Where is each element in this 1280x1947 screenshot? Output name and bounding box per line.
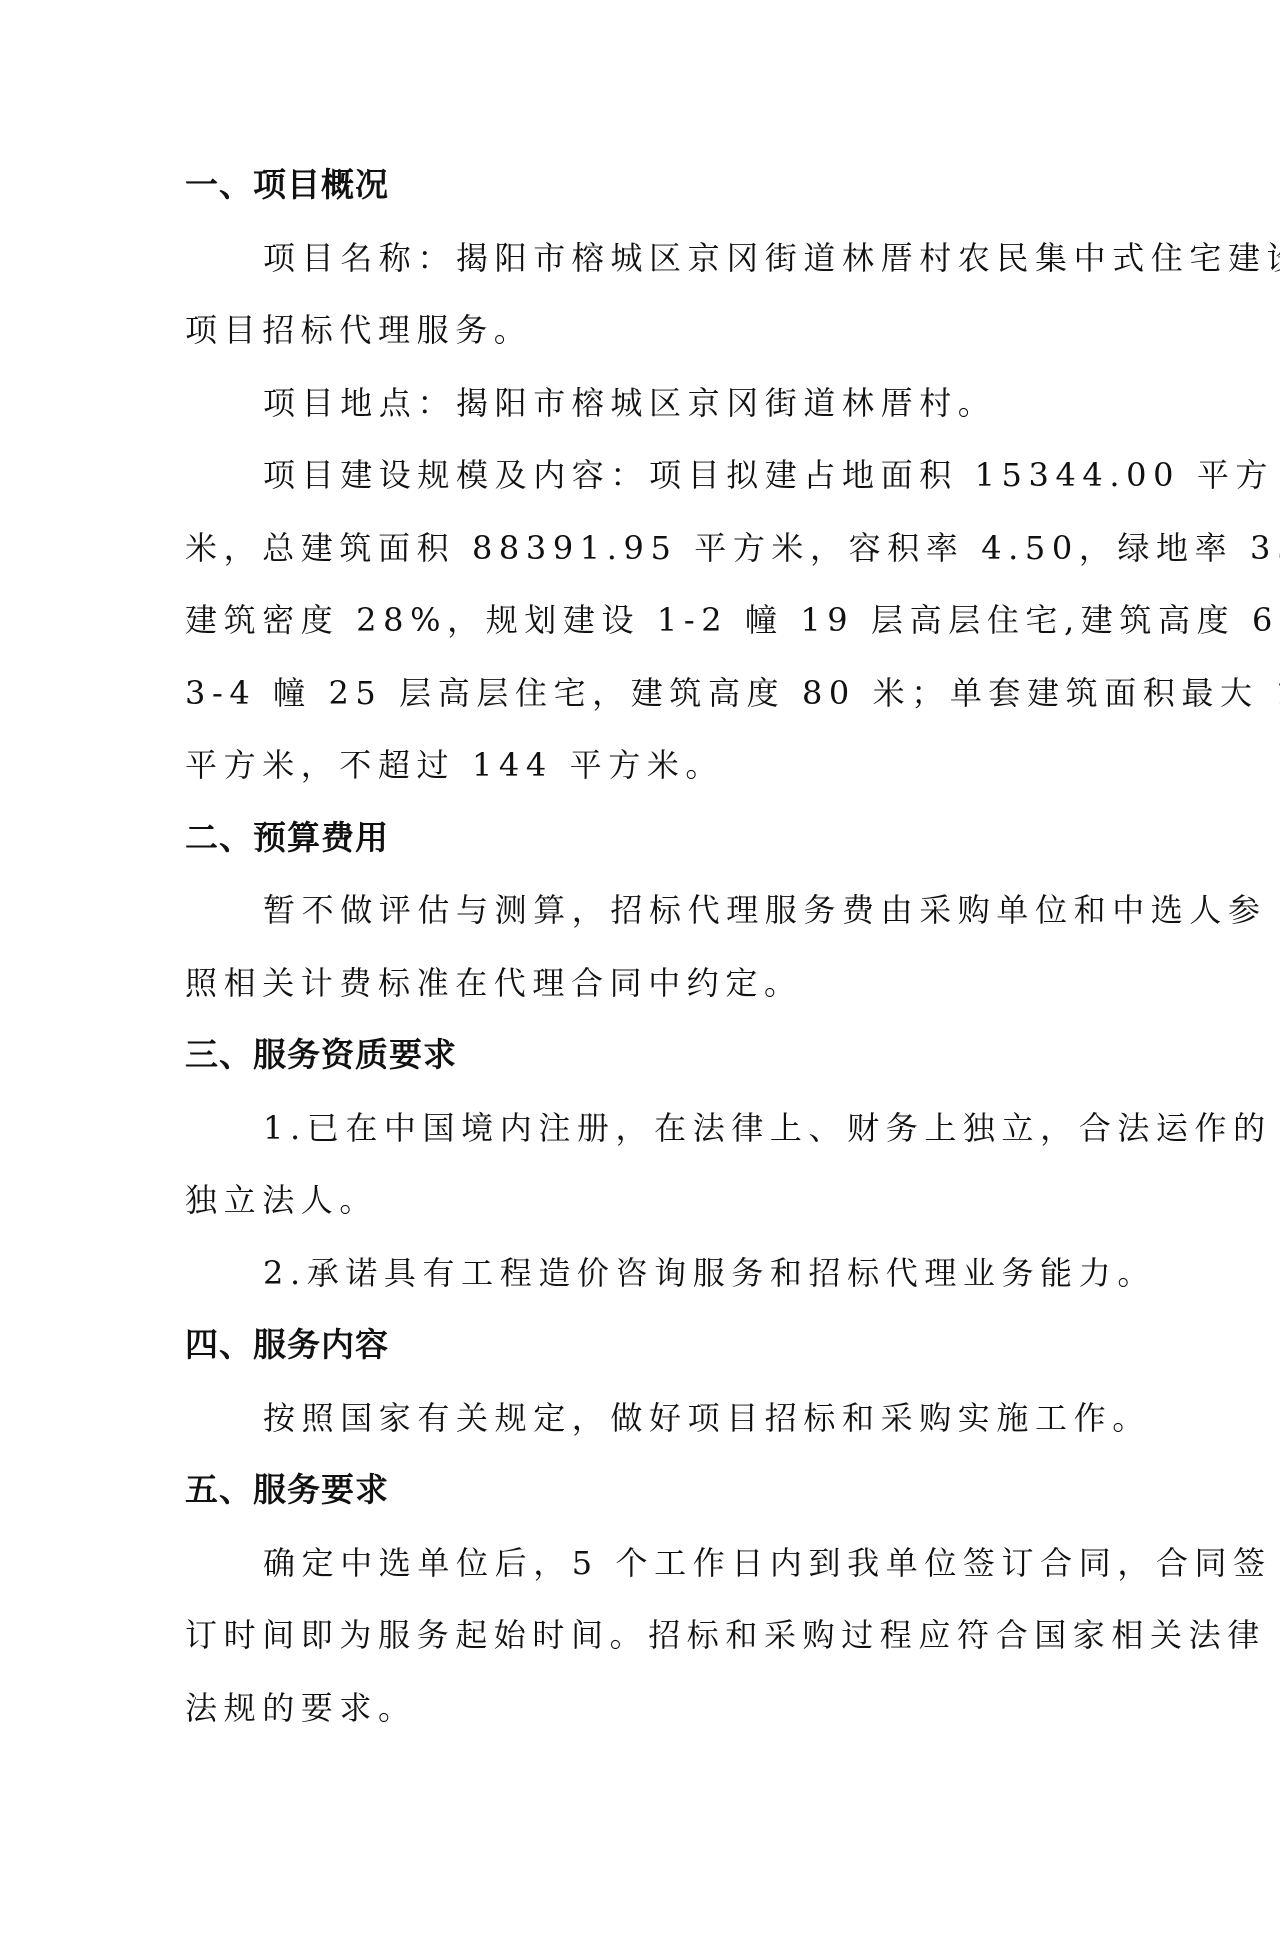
- text-line: 项目招标代理服务。: [185, 294, 1145, 367]
- section-budget: 二、预算费用 暂不做评估与测算，招标代理服务费由采购单位和中选人参 照相关计费标…: [185, 802, 1145, 1020]
- paragraph-project-name: 项目名称：揭阳市榕城区京冈街道林厝村农民集中式住宅建设 项目招标代理服务。: [185, 222, 1145, 367]
- paragraph-service-content: 按照国家有关规定，做好项目招标和采购实施工作。: [185, 1382, 1145, 1455]
- text-line: 项目地点：揭阳市榕城区京冈街道林厝村。: [185, 367, 1145, 440]
- paragraph-service-requirements: 确定中选单位后，5 个工作日内到我单位签订合同，合同签 订时间即为服务起始时间。…: [185, 1527, 1145, 1745]
- section-project-overview: 一、项目概况 项目名称：揭阳市榕城区京冈街道林厝村农民集中式住宅建设 项目招标代…: [185, 149, 1145, 802]
- section-heading: 三、服务资质要求: [185, 1019, 1145, 1092]
- text-line: 米，总建筑面积 88391.95 平方米，容积率 4.50，绿地率 35%，: [185, 512, 1145, 585]
- section-heading: 四、服务内容: [185, 1309, 1145, 1382]
- text-line: 平方米，不超过 144 平方米。: [185, 729, 1145, 802]
- document-page: 一、项目概况 项目名称：揭阳市榕城区京冈街道林厝村农民集中式住宅建设 项目招标代…: [185, 149, 1145, 1744]
- text-line: 建筑密度 28%，规划建设 1-2 幢 19 层高层住宅,建筑高度 62 米，: [185, 584, 1145, 657]
- text-line: 项目名称：揭阳市榕城区京冈街道林厝村农民集中式住宅建设: [185, 222, 1145, 295]
- text-line: 1.已在中国境内注册，在法律上、财务上独立，合法运作的: [185, 1092, 1145, 1165]
- section-heading: 二、预算费用: [185, 802, 1145, 875]
- text-line: 按照国家有关规定，做好项目招标和采购实施工作。: [185, 1382, 1145, 1455]
- paragraph-qualification-2: 2.承诺具有工程造价咨询服务和招标代理业务能力。: [185, 1237, 1145, 1310]
- section-service-requirements: 五、服务要求 确定中选单位后，5 个工作日内到我单位签订合同，合同签 订时间即为…: [185, 1454, 1145, 1744]
- text-line: 3-4 幢 25 层高层住宅，建筑高度 80 米；单套建筑面积最大 143: [185, 657, 1145, 730]
- paragraph-qualification-1: 1.已在中国境内注册，在法律上、财务上独立，合法运作的 独立法人。: [185, 1092, 1145, 1237]
- text-line: 法规的要求。: [185, 1672, 1145, 1745]
- paragraph-budget: 暂不做评估与测算，招标代理服务费由采购单位和中选人参 照相关计费标准在代理合同中…: [185, 874, 1145, 1019]
- section-qualification: 三、服务资质要求 1.已在中国境内注册，在法律上、财务上独立，合法运作的 独立法…: [185, 1019, 1145, 1309]
- text-line: 确定中选单位后，5 个工作日内到我单位签订合同，合同签: [185, 1527, 1145, 1600]
- text-line: 2.承诺具有工程造价咨询服务和招标代理业务能力。: [185, 1237, 1145, 1310]
- paragraph-project-location: 项目地点：揭阳市榕城区京冈街道林厝村。: [185, 367, 1145, 440]
- text-line: 订时间即为服务起始时间。招标和采购过程应符合国家相关法律: [185, 1599, 1145, 1672]
- section-heading: 五、服务要求: [185, 1454, 1145, 1527]
- text-line: 项目建设规模及内容：项目拟建占地面积 15344.00 平方: [185, 439, 1145, 512]
- text-line: 照相关计费标准在代理合同中约定。: [185, 947, 1145, 1020]
- section-heading: 一、项目概况: [185, 149, 1145, 222]
- text-line: 独立法人。: [185, 1164, 1145, 1237]
- text-line: 暂不做评估与测算，招标代理服务费由采购单位和中选人参: [185, 874, 1145, 947]
- section-service-content: 四、服务内容 按照国家有关规定，做好项目招标和采购实施工作。: [185, 1309, 1145, 1454]
- paragraph-project-scale: 项目建设规模及内容：项目拟建占地面积 15344.00 平方 米，总建筑面积 8…: [185, 439, 1145, 802]
